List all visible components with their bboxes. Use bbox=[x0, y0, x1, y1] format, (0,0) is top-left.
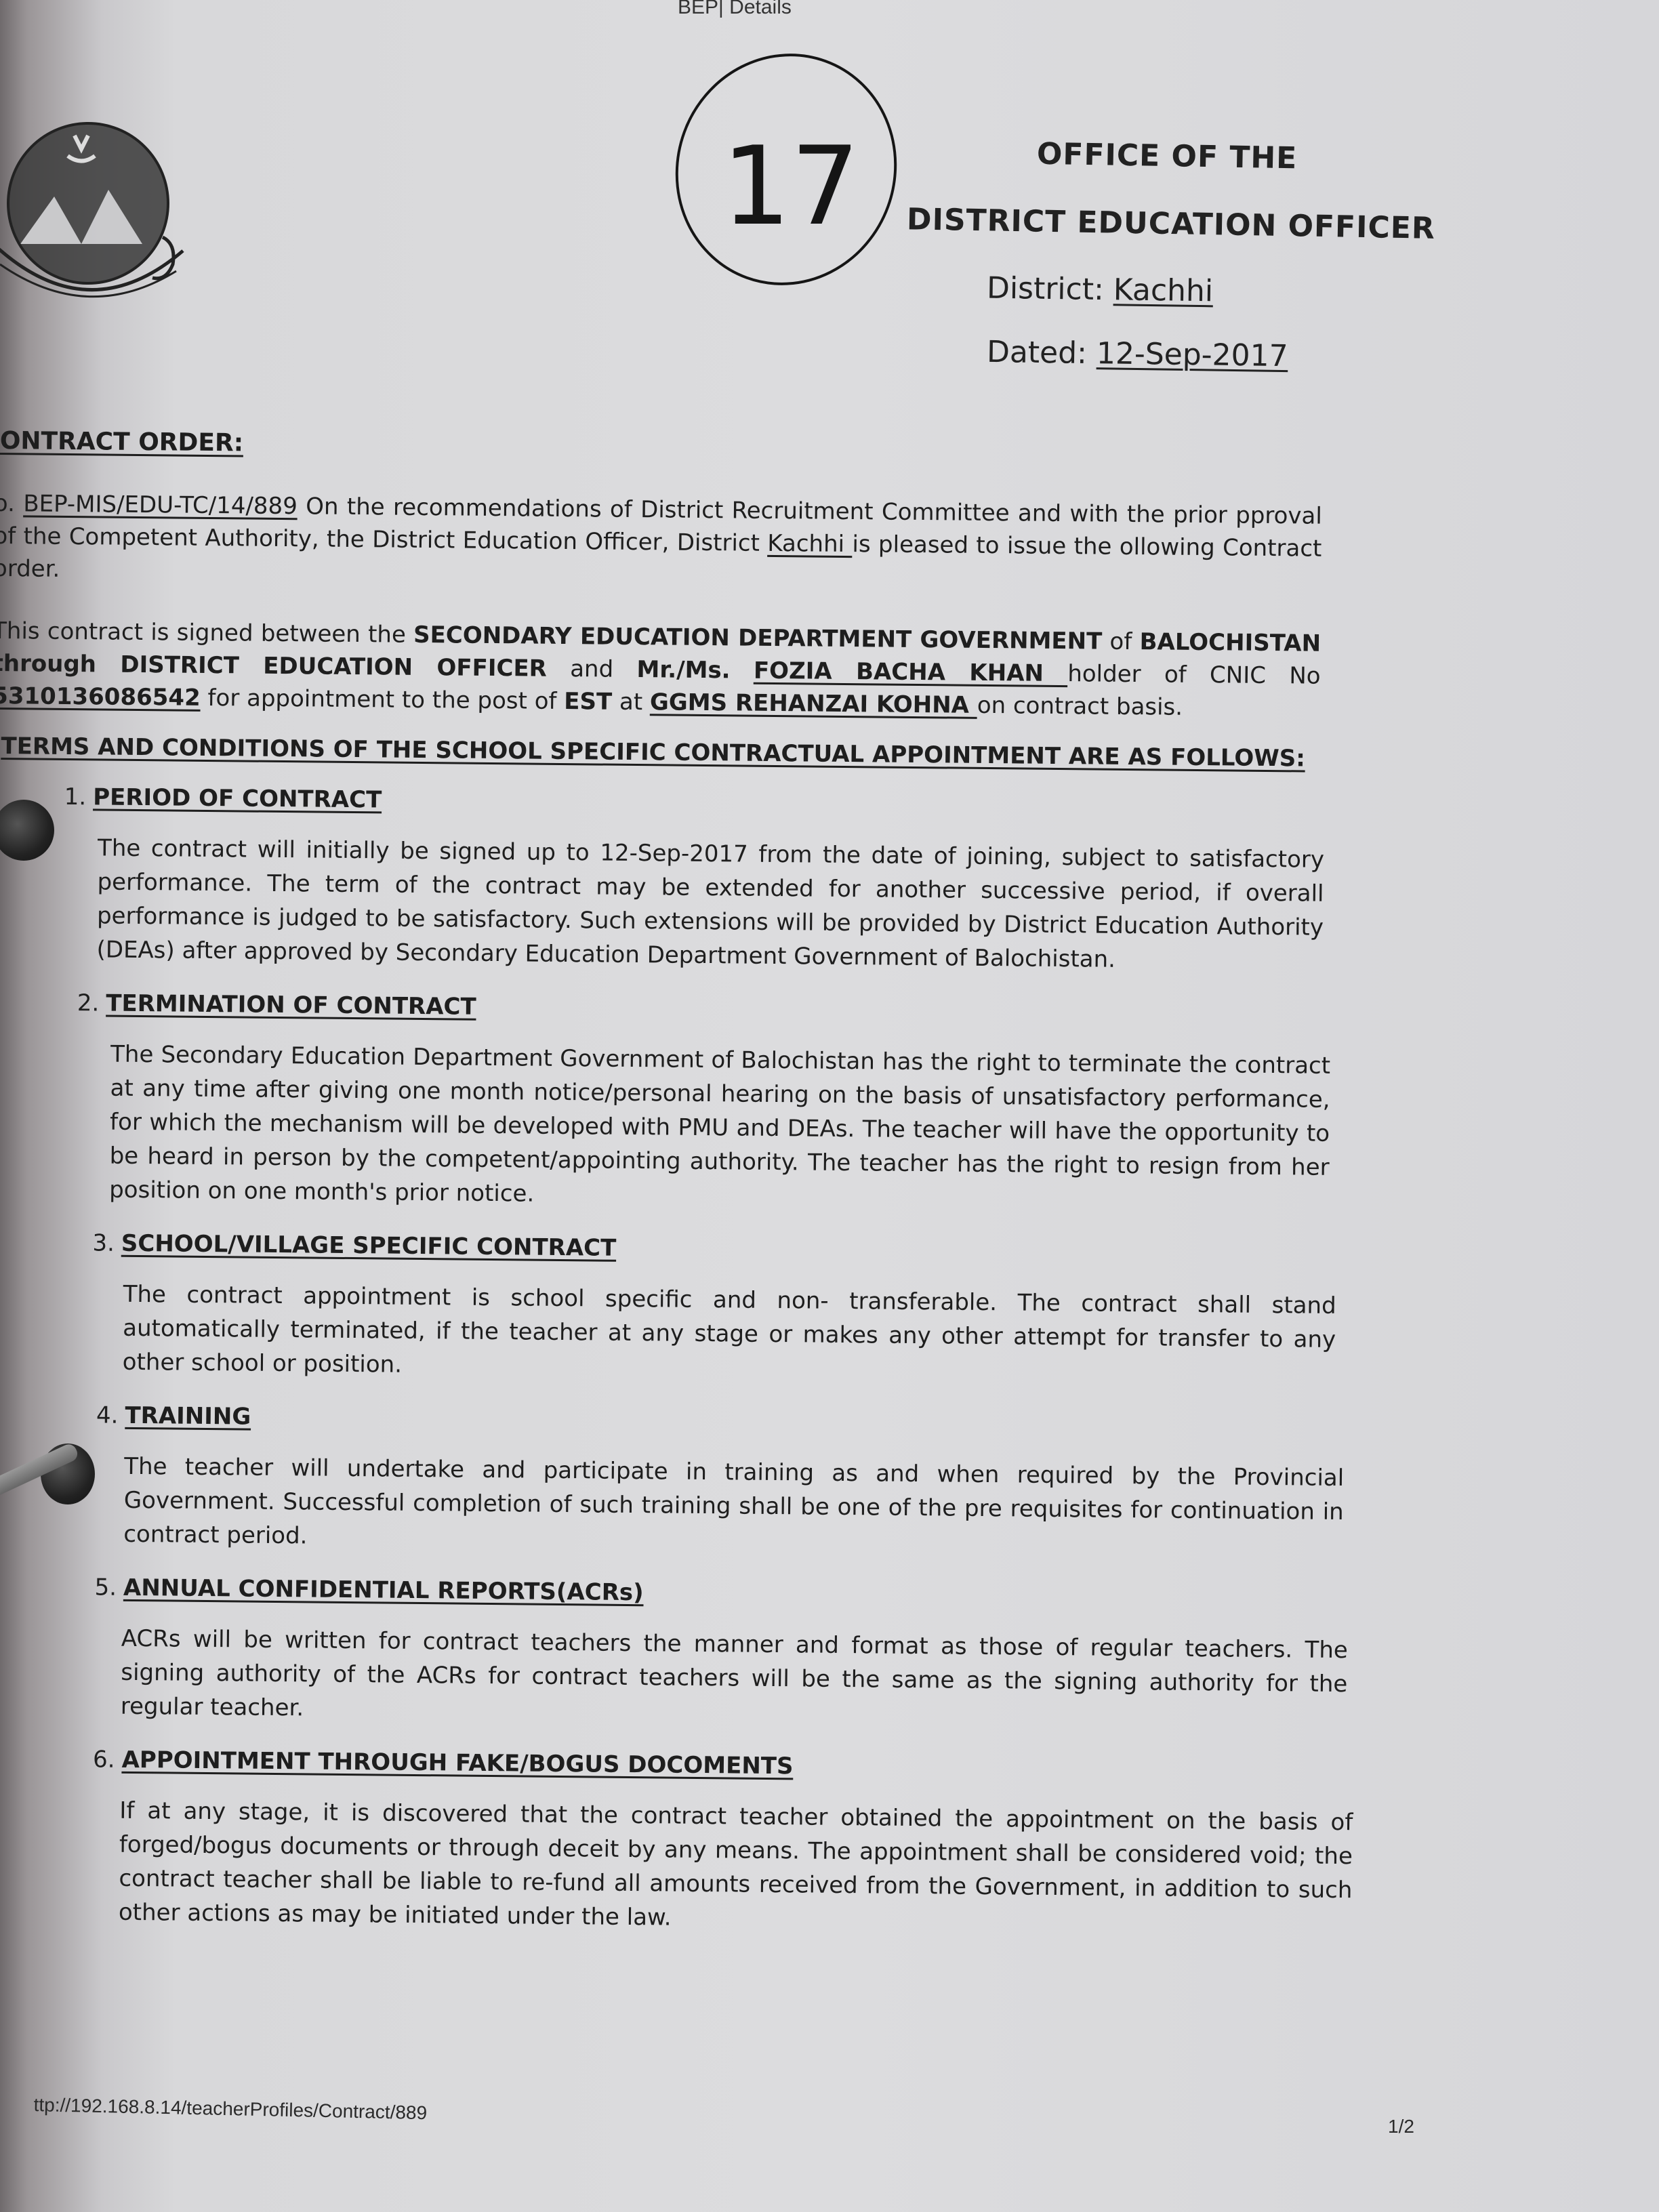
clause-body: If at any stage, it is discovered that t… bbox=[119, 1794, 1353, 1941]
office-title-line1: OFFICE OF THE bbox=[1037, 137, 1298, 176]
signed-text: at bbox=[612, 689, 650, 716]
clause-title: TRAINING bbox=[125, 1402, 251, 1431]
dated-line: Dated: 12-Sep-2017 bbox=[987, 335, 1288, 373]
clause-title: SCHOOL/VILLAGE SPECIFIC CONTRACT bbox=[121, 1230, 617, 1262]
signed-text: for appointment to the post of bbox=[201, 684, 565, 715]
clause-number: 5. bbox=[94, 1574, 117, 1601]
signed-paragraph: This contract is signed between the SECO… bbox=[0, 615, 1321, 725]
district-line: District: Kachhi bbox=[987, 271, 1214, 309]
salutation: Mr./Ms. bbox=[636, 656, 730, 684]
clause-number: 6. bbox=[93, 1746, 115, 1773]
dated-value: 12-Sep-2017 bbox=[1097, 336, 1288, 373]
department-name: SECONDARY EDUCATION DEPARTMENT GOVERNMEN… bbox=[413, 621, 1103, 655]
document-body: ONTRACT ORDER: o. BEP-MIS/EDU-TC/14/889 … bbox=[0, 427, 1355, 1941]
signed-text: This contract is signed between the bbox=[0, 617, 413, 649]
clause-title: PERIOD OF CONTRACT bbox=[93, 783, 382, 813]
clause-acrs: 5.ANNUAL CONFIDENTIAL REPORTS(ACRs) ACRs… bbox=[0, 1573, 1345, 1735]
clause-body: The teacher will undertake and participa… bbox=[123, 1450, 1344, 1563]
post-name: EST bbox=[564, 688, 612, 716]
clause-number: 4. bbox=[96, 1401, 119, 1429]
signed-text: holder of CNIC No bbox=[1067, 660, 1321, 690]
page-number: 1/2 bbox=[1388, 2116, 1414, 2137]
school-name: GGMS REHANZAI KOHNA bbox=[650, 689, 977, 719]
clause-training: 4.TRAINING The teacher will undertake an… bbox=[0, 1401, 1346, 1563]
clause-period-of-contract: 1.PERIOD OF CONTRACT The contract will i… bbox=[0, 783, 1352, 979]
terms-title: TERMS AND CONDITIONS OF THE SCHOOL SPECI… bbox=[1, 733, 1352, 773]
signed-space bbox=[730, 657, 754, 684]
svg-text:17: 17 bbox=[722, 123, 860, 249]
reference-number: BEP-MIS/EDU-TC/14/889 bbox=[23, 490, 298, 520]
clause-body: The contract will initially be signed up… bbox=[96, 831, 1324, 978]
teacher-name: FOZIA BACHA KHAN bbox=[754, 657, 1068, 687]
clause-number: 2. bbox=[77, 989, 100, 1017]
page-header: BEP| Details bbox=[678, 0, 792, 19]
handwritten-circle-mark: 17 bbox=[671, 27, 901, 298]
clause-title: TERMINATION OF CONTRACT bbox=[106, 990, 476, 1021]
government-emblem-icon bbox=[0, 108, 203, 312]
clause-body: ACRs will be written for contract teache… bbox=[121, 1622, 1348, 1735]
signed-text: on contract basis. bbox=[977, 692, 1183, 721]
clause-fake-documents: 6.APPOINTMENT THROUGH FAKE/BOGUS DOCOMEN… bbox=[0, 1745, 1343, 1941]
clause-body: The contract appointment is school speci… bbox=[123, 1277, 1336, 1391]
clause-school-specific: 3.SCHOOL/VILLAGE SPECIFIC CONTRACT The c… bbox=[0, 1229, 1348, 1391]
clause-number: 3. bbox=[92, 1229, 115, 1256]
order-district: Kachhi bbox=[767, 530, 853, 558]
cnic-number: 5310136086542 bbox=[0, 682, 201, 712]
district-value: Kachhi bbox=[1113, 272, 1214, 308]
clause-number: 1. bbox=[64, 783, 87, 811]
district-label: District: bbox=[987, 271, 1105, 307]
clause-title: APPOINTMENT THROUGH FAKE/BOGUS DOCOMENTS bbox=[121, 1746, 793, 1780]
order-prefix: o. bbox=[0, 490, 23, 517]
clause-termination: 2.TERMINATION OF CONTRACT The Secondary … bbox=[0, 989, 1350, 1218]
clause-title: ANNUAL CONFIDENTIAL REPORTS(ACRs) bbox=[123, 1574, 644, 1606]
order-paragraph: o. BEP-MIS/EDU-TC/14/889 On the recommen… bbox=[0, 487, 1322, 598]
clause-body: The Secondary Education Department Gover… bbox=[109, 1038, 1330, 1218]
signed-text: and bbox=[547, 655, 637, 683]
dated-label: Dated: bbox=[987, 335, 1088, 371]
signed-text: of bbox=[1102, 628, 1140, 656]
